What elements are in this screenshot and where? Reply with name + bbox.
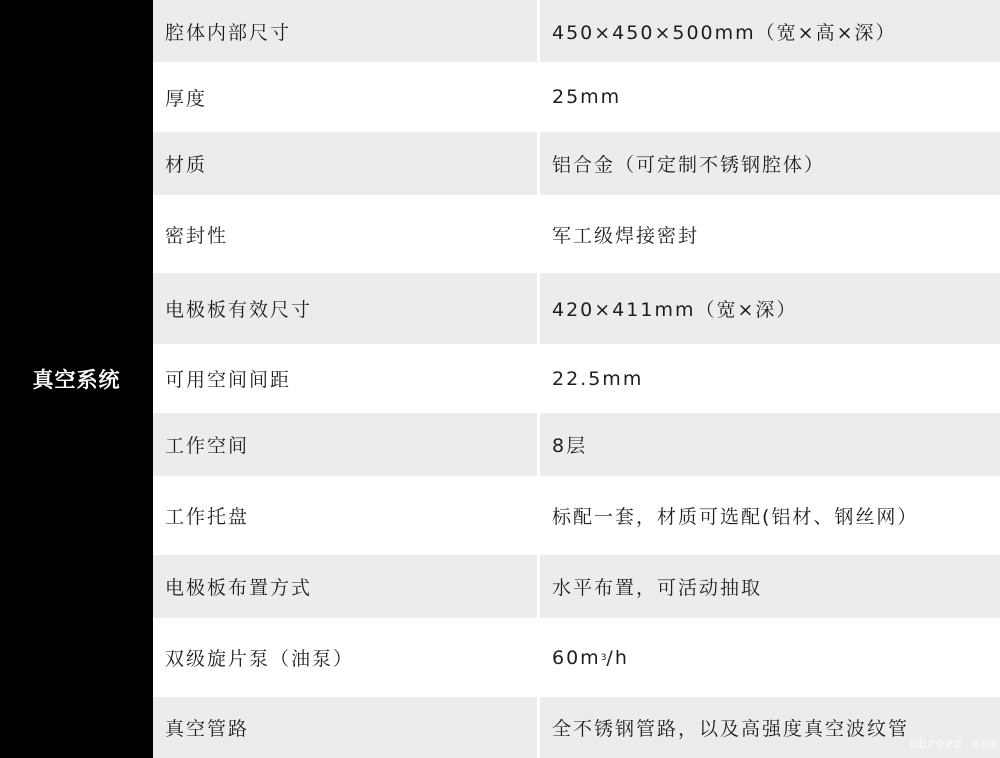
pump-rate-base: 60m bbox=[552, 647, 601, 669]
spec-value: 8层 bbox=[540, 413, 1000, 476]
table-row: 真空管路 全不锈钢管路，以及高强度真空波纹管 bbox=[153, 697, 1000, 758]
table-row: 电极板有效尺寸 420×411mm（宽×深） bbox=[153, 273, 1000, 344]
table-row: 双级旋片泵（油泵） 60m3/h bbox=[153, 618, 1000, 697]
spec-value: 420×411mm（宽×深） bbox=[540, 273, 1000, 344]
watermark: nbreed.com bbox=[910, 737, 998, 752]
spec-label: 密封性 bbox=[153, 195, 537, 273]
spec-label: 可用空间间距 bbox=[153, 344, 537, 413]
spec-value: 军工级焊接密封 bbox=[540, 195, 1000, 273]
spec-label: 腔体内部尺寸 bbox=[153, 0, 537, 62]
spec-value: 22.5mm bbox=[540, 344, 1000, 413]
spec-value: 水平布置，可活动抽取 bbox=[540, 555, 1000, 618]
spec-label: 厚度 bbox=[153, 62, 537, 132]
spec-value: 25mm bbox=[540, 62, 1000, 132]
category-label: 真空系统 bbox=[0, 0, 153, 758]
spec-label: 电极板有效尺寸 bbox=[153, 273, 537, 344]
table-row: 工作托盘 标配一套，材质可选配(铝材、钢丝网） bbox=[153, 476, 1000, 555]
table-row: 工作空间 8层 bbox=[153, 413, 1000, 476]
table-row: 腔体内部尺寸 450×450×500mm（宽×高×深） bbox=[153, 0, 1000, 62]
spec-label: 工作托盘 bbox=[153, 476, 537, 555]
spec-label: 材质 bbox=[153, 132, 537, 195]
pump-rate-unit: /h bbox=[606, 647, 628, 669]
spec-label: 电极板布置方式 bbox=[153, 555, 537, 618]
spec-value: 标配一套，材质可选配(铝材、钢丝网） bbox=[540, 476, 1000, 555]
spec-value: 60m3/h bbox=[540, 618, 1000, 697]
spec-label: 双级旋片泵（油泵） bbox=[153, 618, 537, 697]
spec-value: 450×450×500mm（宽×高×深） bbox=[540, 0, 1000, 62]
table-row: 密封性 军工级焊接密封 bbox=[153, 195, 1000, 273]
spec-label: 真空管路 bbox=[153, 697, 537, 758]
table-row: 可用空间间距 22.5mm bbox=[153, 344, 1000, 413]
table-row: 厚度 25mm bbox=[153, 62, 1000, 132]
table-row: 电极板布置方式 水平布置，可活动抽取 bbox=[153, 555, 1000, 618]
spec-value: 铝合金（可定制不锈钢腔体） bbox=[540, 132, 1000, 195]
spec-label: 工作空间 bbox=[153, 413, 537, 476]
category-title: 真空系统 bbox=[33, 364, 121, 394]
table-row: 材质 铝合金（可定制不锈钢腔体） bbox=[153, 132, 1000, 195]
spec-table: 腔体内部尺寸 450×450×500mm（宽×高×深） 厚度 25mm 材质 铝… bbox=[153, 0, 1000, 758]
